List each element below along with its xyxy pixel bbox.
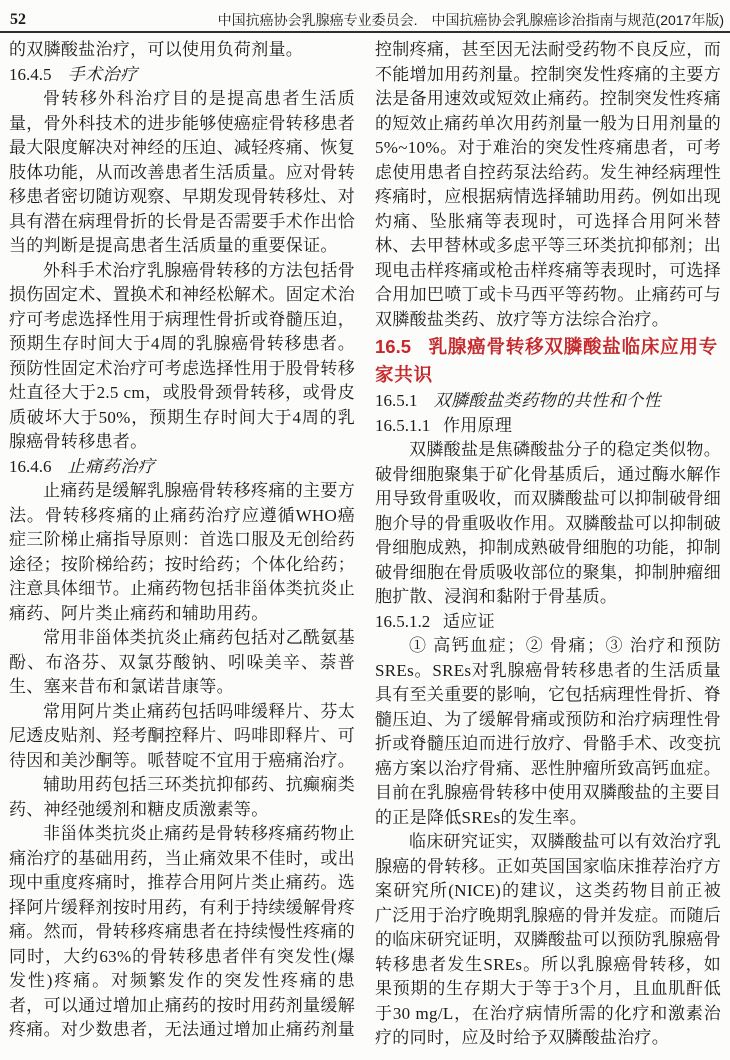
continuation-paragraph: 的双膦酸盐治疗，可以使用负荷剂量。 [9, 38, 355, 63]
subsection-heading: 16.5.1.1作用原理 [375, 414, 721, 439]
heading-title: 手术治疗 [68, 65, 138, 84]
two-column-body: 的双膦酸盐治疗，可以使用负荷剂量。16.4.5手术治疗骨转移外科治疗目的是提高患… [0, 33, 730, 1051]
document-page: 52 中国抗癌协会乳腺癌专业委员会.中国抗癌协会乳腺癌诊治指南与规范(2017年… [0, 0, 730, 1060]
heading-number: 16.4.6 [9, 457, 52, 476]
paragraph: ① 高钙血症；② 骨痛；③ 治疗和预防SREs。SREs对乳腺癌骨转移患者的生活… [375, 634, 721, 830]
paragraph: 止痛药是缓解乳腺癌骨转移疼痛的主要方法。骨转移疼痛的止痛药治疗应遵循WHO癌症三… [9, 479, 355, 626]
page-number: 52 [10, 12, 26, 28]
left-column: 的双膦酸盐治疗，可以使用负荷剂量。16.4.5手术治疗骨转移外科治疗目的是提高患… [9, 38, 355, 1051]
heading-title: 作用原理 [443, 416, 512, 435]
subsection-heading: 16.5.1.2适应证 [375, 610, 721, 635]
heading-number: 16.5.1.2 [375, 612, 430, 631]
paragraph: 骨转移外科治疗目的是提高患者生活质量，骨外科技术的进步能够使癌症骨转移患者最大限… [9, 87, 355, 259]
continuation-paragraph: 控制疼痛，甚至因无法耐受药物不良反应，而不能增加用药剂量。控制突发性疼痛的主要方… [375, 38, 721, 332]
paragraph: 临床研究证实，双膦酸盐可以有效治疗乳腺癌的骨转移。正如英国国家临床推荐治疗方案研… [375, 830, 721, 1051]
section-heading: 16.5.1双膦酸盐类药物的共性和个性 [375, 389, 721, 414]
heading-title: 止痛药治疗 [68, 457, 156, 476]
heading-title: 双膦酸盐类药物的共性和个性 [434, 391, 662, 410]
paragraph: 外科手术治疗乳腺癌骨转移的方法包括骨损伤固定术、置换术和神经松解术。固定术治疗可… [9, 259, 355, 455]
running-header: 52 中国抗癌协会乳腺癌专业委员会.中国抗癌协会乳腺癌诊治指南与规范(2017年… [0, 0, 730, 33]
paragraph: 常用非甾体类抗炎止痛药包括对乙酰氨基酚、布洛芬、双氯芬酸钠、吲哚美辛、萘普生、塞… [9, 626, 355, 700]
paragraph: 辅助用药包括三环类抗抑郁药、抗癫痫类药、神经弛缓剂和糖皮质激素等。 [9, 773, 355, 822]
heading-title: 适应证 [443, 612, 495, 631]
header-guide-title: 中国抗癌协会乳腺癌诊治指南与规范(2017年版) [432, 12, 724, 28]
paragraph: 非甾体类抗炎止痛药是骨转移疼痛药物止痛治疗的基础用药，当止痛效果不佳时，或出现中… [9, 822, 355, 1043]
heading-number: 16.4.5 [9, 65, 52, 84]
right-column: 控制疼痛，甚至因无法耐受药物不良反应，而不能增加用药剂量。控制突发性疼痛的主要方… [375, 38, 721, 1051]
heading-title: 乳腺癌骨转移双膦酸盐临床应用专家共识 [375, 336, 718, 385]
paragraph: 双膦酸盐是焦磷酸盐分子的稳定类似物。破骨细胞聚集于矿化骨基质后，通过酶水解作用导… [375, 438, 721, 610]
header-committee: 中国抗癌协会乳腺癌专业委员会. [218, 12, 418, 28]
header-titles: 中国抗癌协会乳腺癌专业委员会.中国抗癌协会乳腺癌诊治指南与规范(2017年版) [218, 12, 724, 28]
section-heading: 16.4.5手术治疗 [9, 63, 355, 88]
section-heading: 16.4.6止痛药治疗 [9, 455, 355, 480]
paragraph: 常用阿片类止痛药包括吗啡缓释片、芬太尼透皮贴剂、羟考酮控释片、吗啡即释片、可待因… [9, 700, 355, 774]
heading-number: 16.5.1 [375, 391, 418, 410]
chapter-heading: 16.5乳腺癌骨转移双膦酸盐临床应用专家共识 [375, 333, 721, 388]
heading-number: 16.5.1.1 [375, 416, 430, 435]
heading-number: 16.5 [375, 336, 411, 357]
